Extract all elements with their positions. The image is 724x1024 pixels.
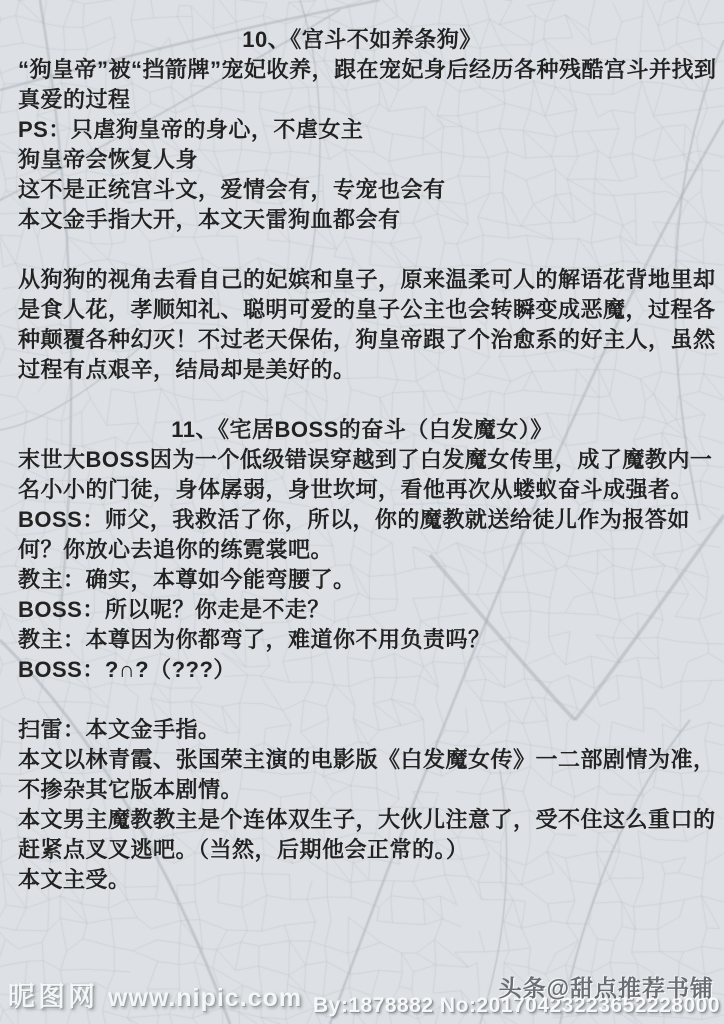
content: 10、《宫斗不如养条狗》“狗皇帝”被“挡箭牌”宠妃收养，跟在宠妃身后经历各种残酷… (18, 25, 706, 895)
text-line: PS：只虐狗皇帝的身心，不虐女主 (18, 115, 706, 145)
spacer (18, 385, 706, 415)
text-block: 狗皇帝会恢复人身 (18, 145, 706, 175)
text-block: BOSS：所以呢？你走是不走？ (18, 595, 706, 625)
text-line: 从狗狗的视角去看自己的妃嫔和皇子，原来温柔可人的解语花背地里却 (18, 265, 706, 295)
text-line: 10、《宫斗不如养条狗》 (18, 25, 706, 55)
text-line: 扫雷：本文金手指。 (18, 715, 706, 745)
spacer (18, 235, 706, 265)
text-line: BOSS：?∩?（???） (18, 655, 706, 685)
text-block: 教主：确实，本尊如今能弯腰了。 (18, 565, 706, 595)
text-line: 本文主受。 (18, 865, 706, 895)
text-line (18, 385, 706, 415)
text-line: 本文男主魔教教主是个连体双生子，大伙儿注意了，受不住这么重口的 (18, 805, 706, 835)
text-block: “狗皇帝”被“挡箭牌”宠妃收养，跟在宠妃身后经历各种残酷宫斗并找到真爱的过程 (18, 55, 706, 115)
watermark-bottom-left: 昵图网 www.nipic.com (8, 975, 302, 1014)
text-line: 这不是正统宫斗文，爱情会有，专宠也会有 (18, 175, 706, 205)
text-line (18, 685, 706, 715)
text-block: 这不是正统宫斗文，爱情会有，专宠也会有 (18, 175, 706, 205)
text-block: BOSS：?∩?（???） (18, 655, 706, 685)
text-block: 本文主受。 (18, 865, 706, 895)
text-line: 真爱的过程 (18, 85, 706, 115)
text-block: 本文金手指大开，本文天雷狗血都会有 (18, 205, 706, 235)
text-line: 何？你放心去追你的练霓裳吧。 (18, 535, 706, 565)
nipic-url: www.nipic.com (108, 984, 302, 1013)
text-block: 扫雷：本文金手指。 (18, 715, 706, 745)
nipic-logo: 昵图网 (8, 975, 98, 1014)
text-line: 教主：本尊因为你都弯了，难道你不用负责吗？ (18, 625, 706, 655)
text-block: 教主：本尊因为你都弯了，难道你不用负责吗？ (18, 625, 706, 655)
text-line: 末世大BOSS因为一个低级错误穿越到了白发魔女传里，成了魔教内一 (18, 445, 706, 475)
text-line: 是食人花，孝顺知礼、聪明可爱的皇子公主也会转瞬变成恶魔，过程各 (18, 295, 706, 325)
text-line: 过程有点艰辛，结局却是美好的。 (18, 355, 706, 385)
section-title: 10、《宫斗不如养条狗》 (18, 25, 706, 55)
section-title: 11、《宅居BOSS的奋斗（白发魔女）》 (18, 415, 706, 445)
spacer (18, 685, 706, 715)
text-line: 名小小的门徒，身体孱弱，身世坎坷，看他再次从蝼蚁奋斗成强者。 (18, 475, 706, 505)
text-line: 本文以林青霞、张国荣主演的电影版《白发魔女传》一二部剧情为准， (18, 745, 706, 775)
text-line: 本文金手指大开，本文天雷狗血都会有 (18, 205, 706, 235)
text-line: 不掺杂其它版本剧情。 (18, 775, 706, 805)
text-block: BOSS：师父，我救活了你，所以，你的魔教就送给徒儿作为报答如何？你放心去追你的… (18, 505, 706, 565)
text-line: “狗皇帝”被“挡箭牌”宠妃收养，跟在宠妃身后经历各种残酷宫斗并找到 (18, 55, 706, 85)
text-block: 本文以林青霞、张国荣主演的电影版《白发魔女传》一二部剧情为准，不掺杂其它版本剧情… (18, 745, 706, 805)
text-block: 末世大BOSS因为一个低级错误穿越到了白发魔女传里，成了魔教内一名小小的门徒，身… (18, 445, 706, 505)
text-line: BOSS：所以呢？你走是不走？ (18, 595, 706, 625)
text-line: 赶紧点叉叉逃吧。（当然，后期他会正常的。） (18, 835, 706, 865)
text-line: 狗皇帝会恢复人身 (18, 145, 706, 175)
text-line: BOSS：师父，我救活了你，所以，你的魔教就送给徒儿作为报答如 (18, 505, 706, 535)
channel-tag: 头条@甜点推荐书铺 (499, 970, 714, 1003)
text-line: 教主：确实，本尊如今能弯腰了。 (18, 565, 706, 595)
text-line: 11、《宅居BOSS的奋斗（白发魔女）》 (18, 415, 706, 445)
text-block: 从狗狗的视角去看自己的妃嫔和皇子，原来温柔可人的解语花背地里却是食人花，孝顺知礼… (18, 265, 706, 385)
text-line (18, 235, 706, 265)
text-block: PS：只虐狗皇帝的身心，不虐女主 (18, 115, 706, 145)
text-line: 种颠覆各种幻灭！不过老天保佑，狗皇帝跟了个治愈系的好主人，虽然 (18, 325, 706, 355)
text-block: 本文男主魔教教主是个连体双生子，大伙儿注意了，受不住这么重口的赶紧点叉叉逃吧。（… (18, 805, 706, 865)
